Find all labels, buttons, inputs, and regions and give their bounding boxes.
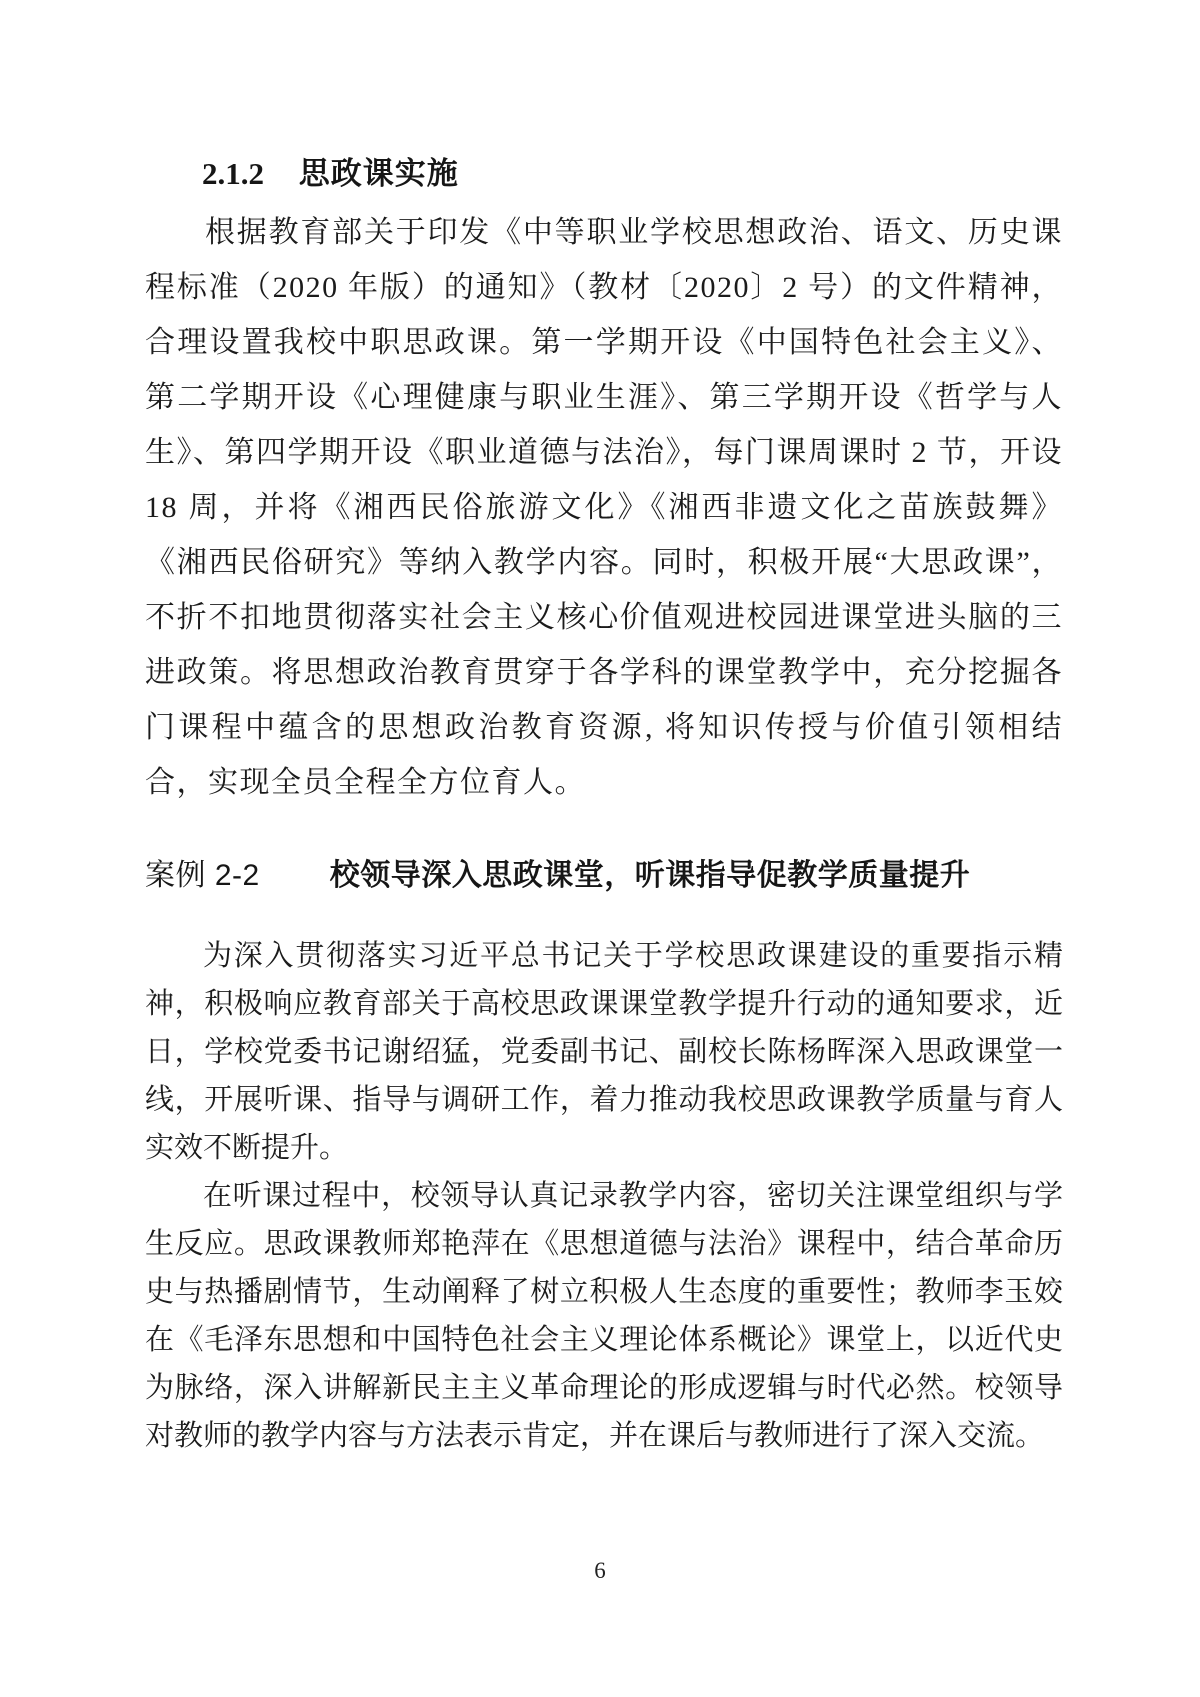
section-title: 思政课实施 (299, 156, 459, 191)
body-paragraph-1: 根据教育部关于印发《中等职业学校思想政治、语文、历史课程标准（2020 年版）的… (145, 205, 1063, 810)
body-paragraph-2: 为深入贯彻落实习近平总书记关于学校思政课建设的重要指示精神，积极响应教育部关于高… (145, 932, 1063, 1172)
case-title: 校领导深入思政课堂，听课指导促教学质量提升 (330, 850, 971, 894)
page-footer: 6 (0, 1558, 1200, 1584)
section-number: 2.1.2 (202, 156, 264, 191)
page-content: 2.1.2 思政课实施 根据教育部关于印发《中等职业学校思想政治、语文、历史课程… (145, 148, 1063, 1460)
section-heading: 2.1.2 思政课实施 (202, 148, 1063, 193)
body-paragraph-3: 在听课过程中，校领导认真记录教学内容，密切关注课堂组织与学生反应。思政课教师郑艳… (145, 1172, 1063, 1460)
page-number: 6 (594, 1558, 606, 1583)
case-heading: 案例 2-2 校领导深入思政课堂，听课指导促教学质量提升 (145, 850, 1063, 894)
document-page: 2.1.2 思政课实施 根据教育部关于印发《中等职业学校思想政治、语文、历史课程… (0, 0, 1200, 1697)
case-label: 案例 2-2 (145, 850, 260, 894)
